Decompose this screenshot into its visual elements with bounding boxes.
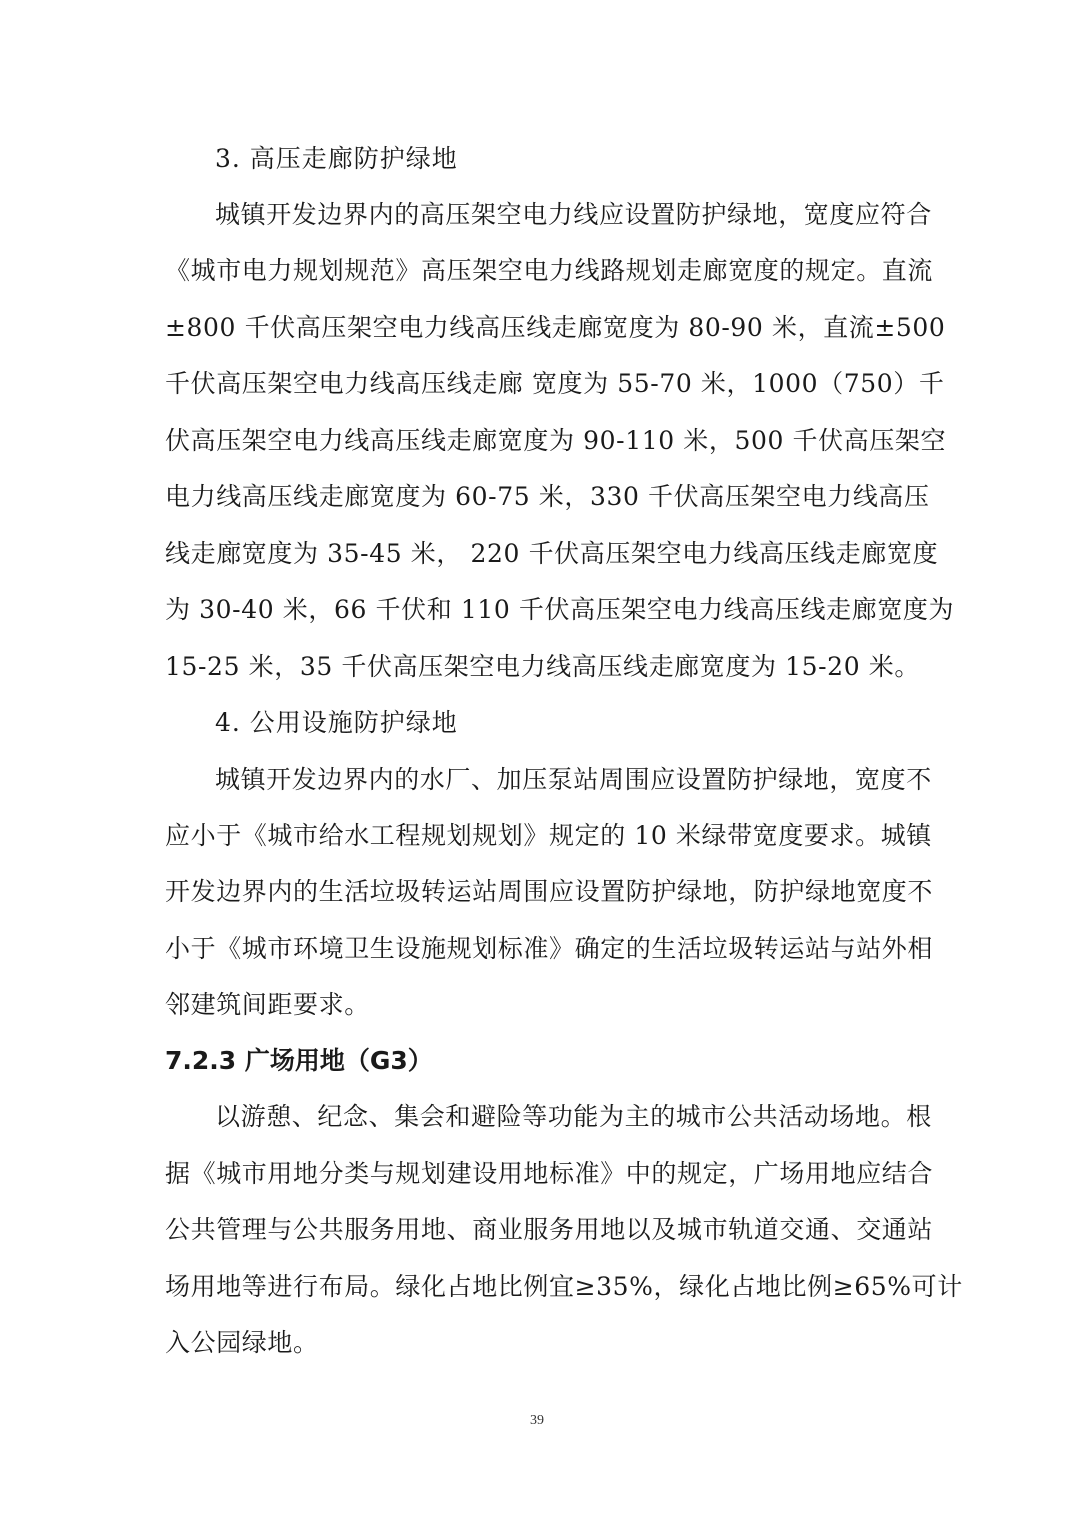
paragraph-line: 电力线高压线走廊宽度为 60-75 米，330 千伏高压架空电力线高压 xyxy=(165,481,913,513)
paragraph-line: 伏高压架空电力线高压线走廊宽度为 90-110 米，500 千伏高压架空 xyxy=(165,425,913,457)
paragraph-line: 城镇开发边界内的高压架空电力线应设置防护绿地，宽度应符合 xyxy=(215,199,913,231)
paragraph-line: 入公园绿地。 xyxy=(165,1327,913,1359)
paragraph-line: 据《城市用地分类与规划建设用地标准》中的规定，广场用地应结合 xyxy=(165,1158,913,1190)
item-heading-high-voltage-corridor: 3. 高压走廊防护绿地 xyxy=(215,143,458,175)
paragraph-line: 邻建筑间距要求。 xyxy=(165,989,913,1021)
paragraph-line: 城镇开发边界内的水厂、加压泵站周围应设置防护绿地，宽度不 xyxy=(215,764,913,796)
paragraph-line: 应小于《城市给水工程规划规划》规定的 10 米绿带宽度要求。城镇 xyxy=(165,820,913,852)
paragraph-line: 公共管理与公共服务用地、商业服务用地以及城市轨道交通、交通站 xyxy=(165,1214,913,1246)
item-heading-utility-facility: 4. 公用设施防护绿地 xyxy=(215,707,458,739)
paragraph-line: 以游憩、纪念、集会和避险等功能为主的城市公共活动场地。根 xyxy=(215,1101,913,1133)
paragraph-line: 线走廊宽度为 35-45 米， 220 千伏高压架空电力线高压线走廊宽度 xyxy=(165,538,913,570)
page-number: 39 xyxy=(0,1412,1074,1430)
paragraph-line: 场用地等进行布局。绿化占地比例宜≥35%，绿化占地比例≥65%可计 xyxy=(165,1271,913,1303)
paragraph-line: ±800 千伏高压架空电力线高压线走廊宽度为 80-90 米，直流±500 xyxy=(165,312,913,344)
document-page: 3. 高压走廊防护绿地 城镇开发边界内的高压架空电力线应设置防护绿地，宽度应符合… xyxy=(0,0,1074,1520)
paragraph-line: 开发边界内的生活垃圾转运站周围应设置防护绿地，防护绿地宽度不 xyxy=(165,876,913,908)
paragraph-line: 《城市电力规划规范》高压架空电力线路规划走廊宽度的规定。直流 xyxy=(165,255,913,287)
paragraph-line: 小于《城市环境卫生设施规划标准》确定的生活垃圾转运站与站外相 xyxy=(165,933,913,965)
paragraph-line: 为 30-40 米，66 千伏和 110 千伏高压架空电力线高压线走廊宽度为 xyxy=(165,594,913,626)
section-heading-square-land: 7.2.3 广场用地（G3） xyxy=(165,1045,433,1077)
paragraph-line: 15-25 米，35 千伏高压架空电力线高压线走廊宽度为 15-20 米。 xyxy=(165,651,913,683)
paragraph-line: 千伏高压架空电力线高压线走廊 宽度为 55-70 米，1000（750）千 xyxy=(165,368,913,400)
